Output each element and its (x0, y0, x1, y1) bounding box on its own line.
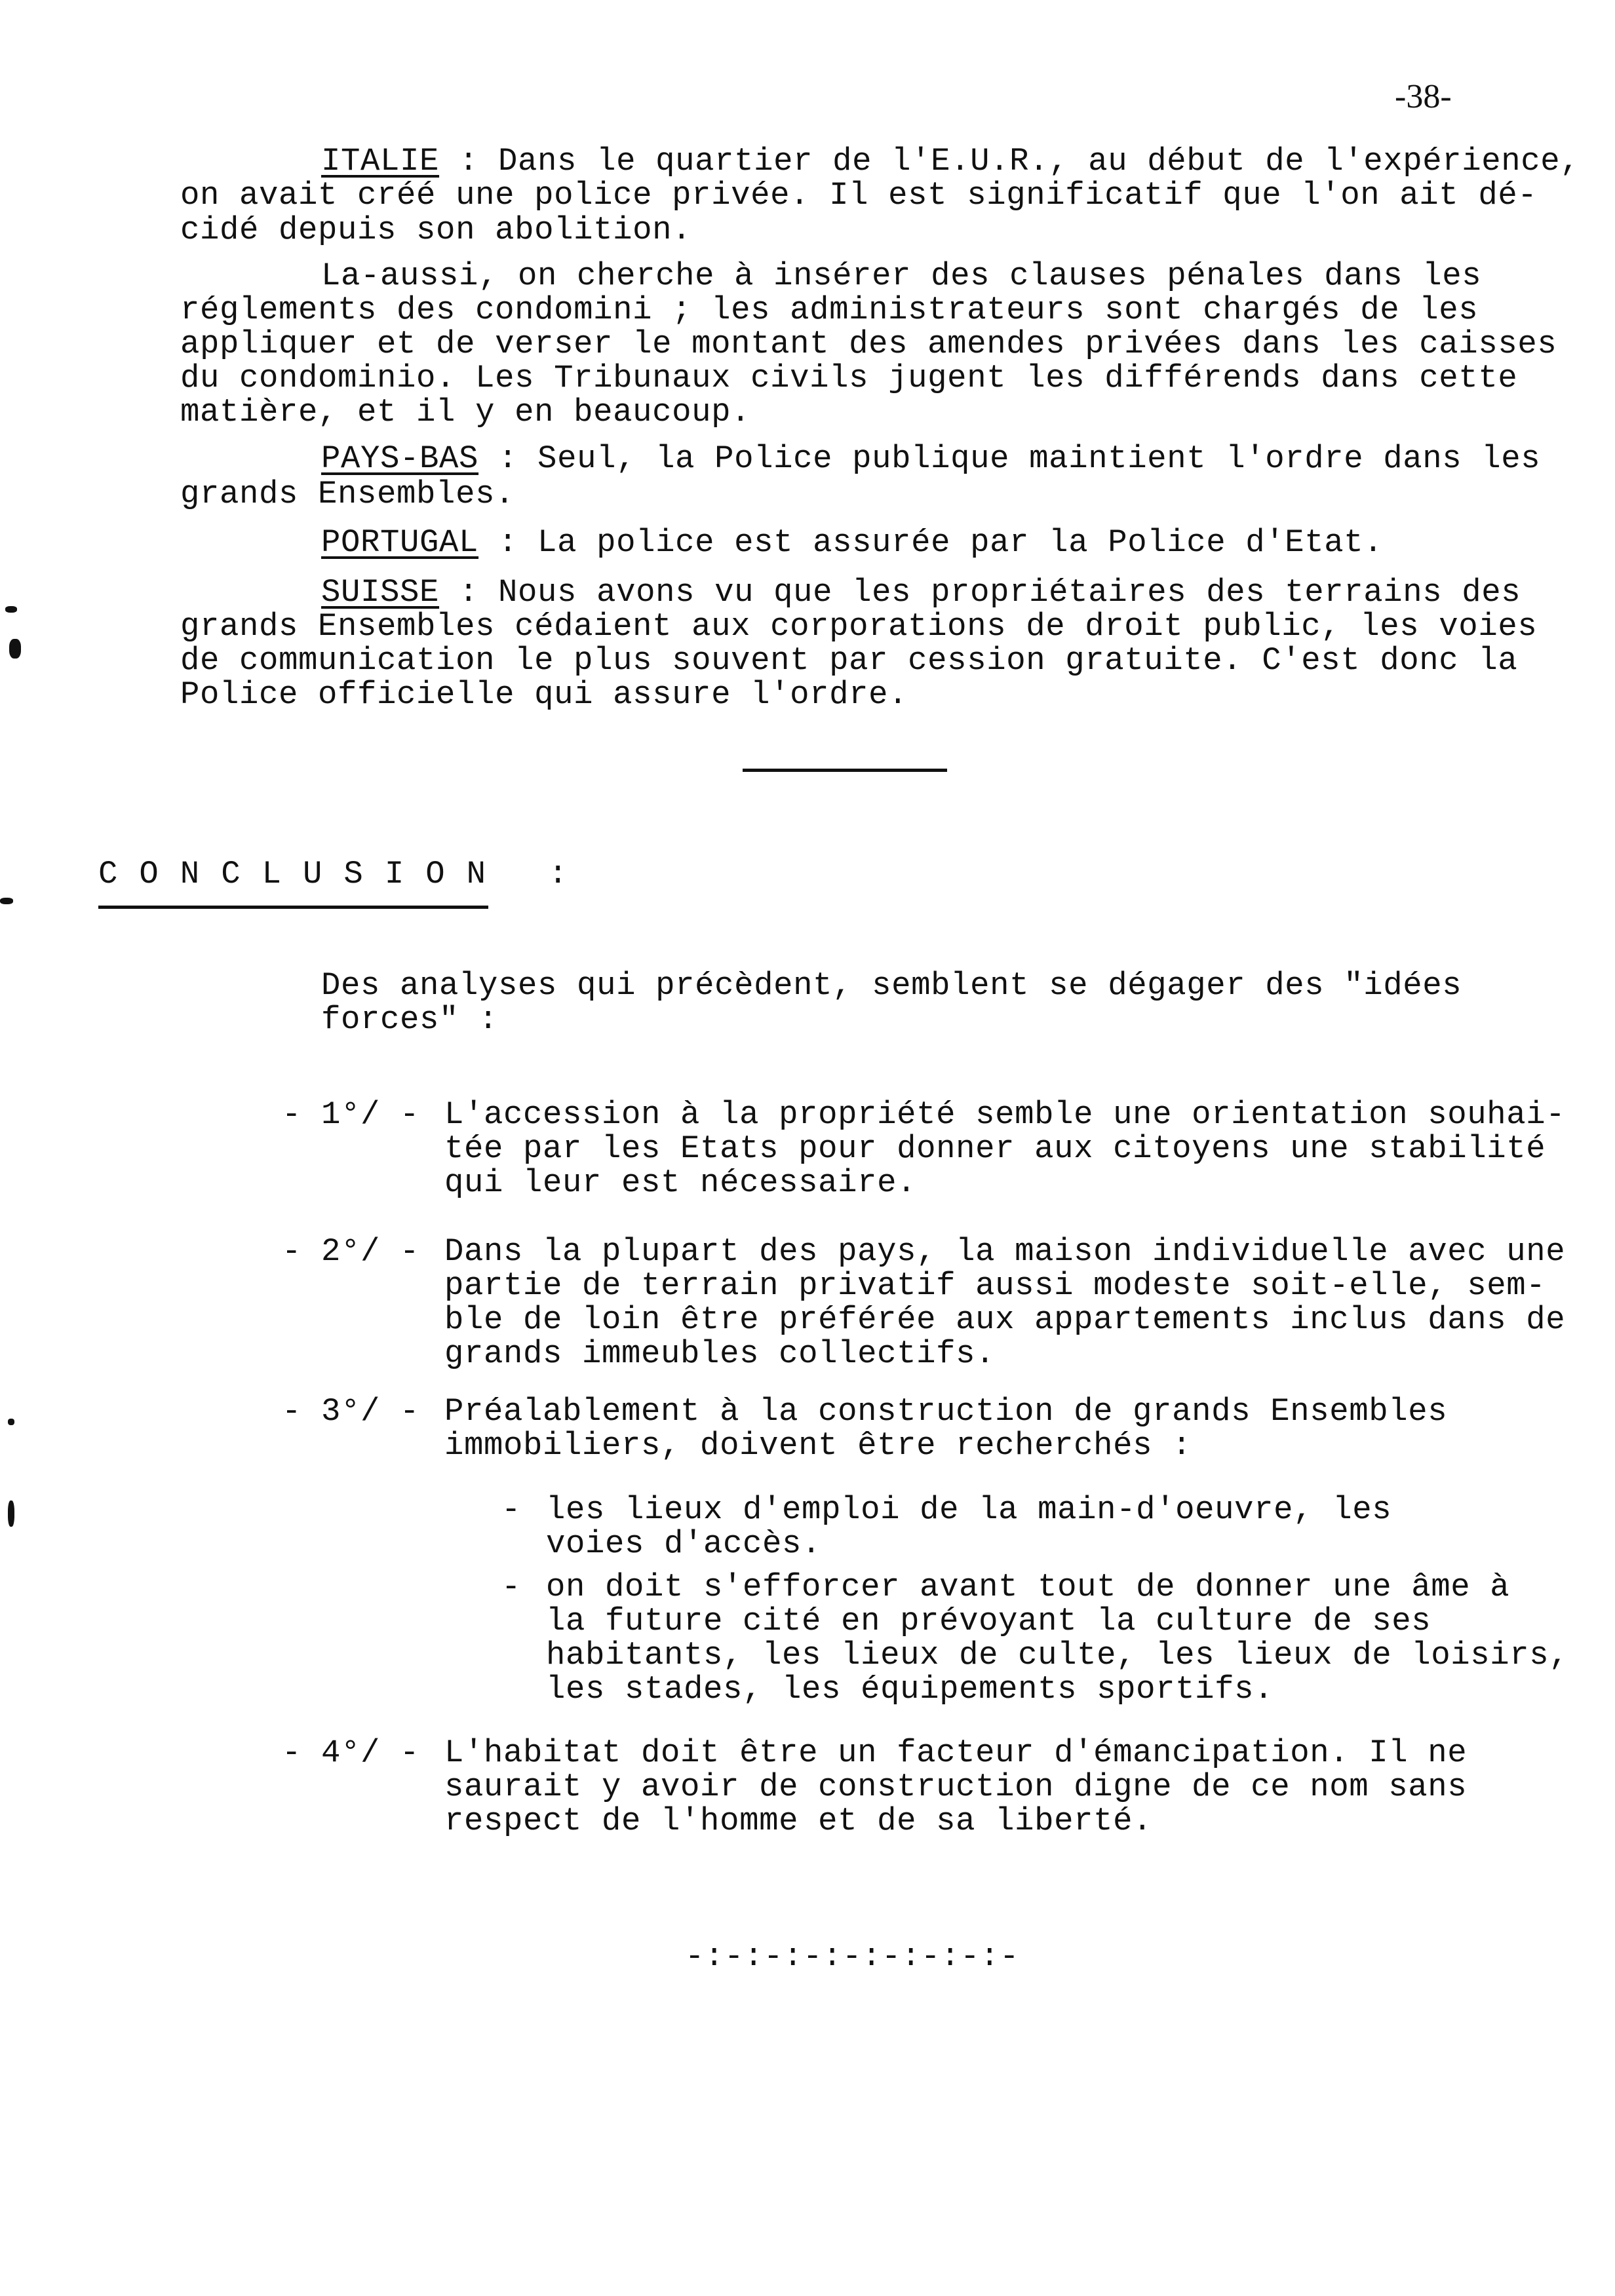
list-item-marker-2: - 2°/ - (282, 1234, 419, 1269)
country-label-italie: ITALIE (321, 143, 439, 180)
list-item-3-line-1: Préalablement à la construction de grand… (444, 1394, 1447, 1428)
la-aussi-line-3: appliquer et de verser le montant des am… (180, 327, 1557, 361)
conclusion-intro-line-1: Des analyses qui précèdent, semblent se … (321, 968, 1462, 1003)
sub-item-marker-2: - (501, 1570, 521, 1604)
list-item-1-line-2: tée par les Etats pour donner aux citoye… (444, 1132, 1546, 1166)
scan-artifact-mark (8, 1419, 14, 1425)
pays-bas-line-2: grands Ensembles. (180, 477, 515, 511)
suisse-line-3: de communication le plus souvent par ces… (180, 643, 1517, 678)
portugal-line-1: PORTUGAL : La police est assurée par la … (321, 526, 1383, 560)
suisse-line-1: SUISSE : Nous avons vu que les propriéta… (321, 575, 1521, 609)
scan-artifact-mark (9, 639, 21, 659)
country-label-suisse: SUISSE (321, 574, 439, 611)
suisse-line-4: Police officielle qui assure l'ordre. (180, 678, 908, 712)
sub-item-2-line-3: habitants, les lieux de culte, les lieux… (546, 1638, 1568, 1672)
list-item-4-line-2: saurait y avoir de construction digne de… (444, 1770, 1467, 1804)
la-aussi-line-4: du condominio. Les Tribunaux civils juge… (180, 361, 1517, 395)
list-item-marker-4: - 4°/ - (282, 1736, 419, 1770)
list-item-marker-3: - 3°/ - (282, 1394, 419, 1428)
list-item-3-line-2: immobiliers, doivent être recherchés : (444, 1428, 1192, 1463)
list-item-1-line-3: qui leur est nécessaire. (444, 1166, 916, 1200)
list-item-2-line-2: partie de terrain privatif aussi modeste… (444, 1269, 1546, 1303)
scan-artifact-mark (5, 606, 17, 613)
pays-bas-line-1: PAYS-BAS : Seul, la Police publique main… (321, 442, 1540, 476)
conclusion-intro-line-2: forces" : (321, 1003, 498, 1037)
conclusion-heading: CONCLUSION : (98, 857, 589, 891)
end-separator: -:-:-:-:-:-:-:-:- (685, 1940, 1019, 1974)
list-item-4-line-1: L'habitat doit être un facteur d'émancip… (444, 1736, 1467, 1770)
scan-artifact-mark (0, 898, 13, 904)
page-number: -38- (1395, 77, 1452, 116)
scan-artifact-mark (8, 1501, 14, 1527)
suisse-line-2: grands Ensembles cédaient aux corporatio… (180, 609, 1537, 643)
italie-paragraph-line-2: on avait créé une police privée. Il est … (180, 178, 1537, 212)
la-aussi-line-1: La-aussi, on cherche à insérer des claus… (321, 259, 1481, 293)
list-item-marker-1: - 1°/ - (282, 1098, 419, 1132)
conclusion-heading-underline (98, 906, 488, 909)
sub-item-2-line-1: on doit s'efforcer avant tout de donner … (546, 1570, 1509, 1604)
sub-item-2-line-4: les stades, les équipements sportifs. (546, 1672, 1274, 1706)
italie-paragraph-line-3: cidé depuis son abolition. (180, 213, 691, 247)
list-item-2-line-4: grands immeubles collectifs. (444, 1337, 995, 1371)
italie-paragraph-line-1: ITALIE : Dans le quartier de l'E.U.R., a… (321, 144, 1580, 178)
la-aussi-line-2: réglements des condomini ; les administr… (180, 293, 1478, 327)
sub-item-marker-1: - (501, 1493, 521, 1527)
list-item-2-line-3: ble de loin être préférée aux appartemen… (444, 1303, 1565, 1337)
list-item-4-line-3: respect de l'homme et de sa liberté. (444, 1804, 1152, 1838)
section-divider (743, 769, 947, 772)
sub-item-2-line-2: la future cité en prévoyant la culture d… (546, 1604, 1431, 1638)
sub-item-1-line-1: les lieux d'emploi de la main-d'oeuvre, … (546, 1493, 1391, 1527)
la-aussi-line-5: matière, et il y en beaucoup. (180, 395, 750, 429)
country-label-pays-bas: PAYS-BAS (321, 440, 478, 477)
country-label-portugal: PORTUGAL (321, 524, 478, 561)
list-item-2-line-1: Dans la plupart des pays, la maison indi… (444, 1234, 1565, 1269)
list-item-1-line-1: L'accession à la propriété semble une or… (444, 1098, 1565, 1132)
sub-item-1-line-2: voies d'accès. (546, 1527, 821, 1561)
